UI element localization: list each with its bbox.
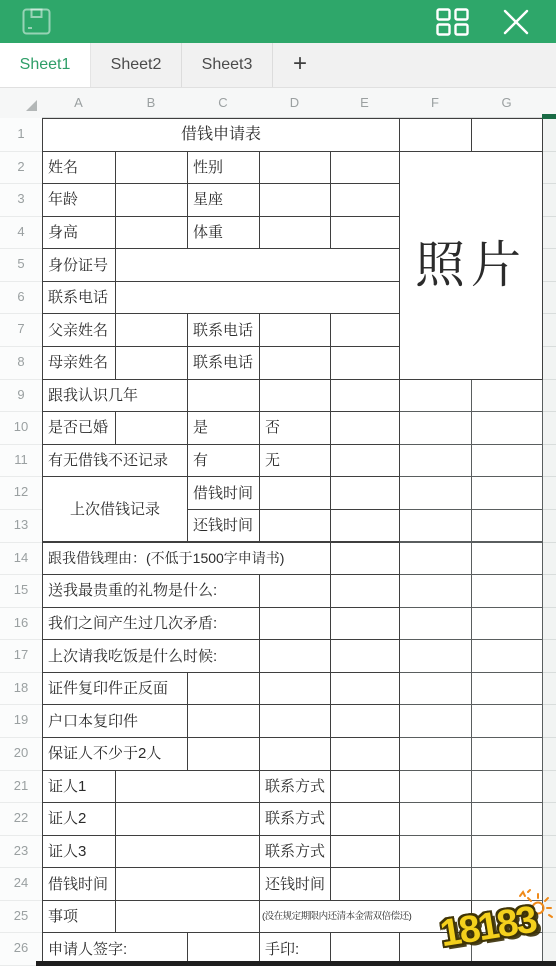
cell-C18[interactable] [187,672,260,706]
cell-E3[interactable] [330,183,400,217]
cell-G12[interactable] [471,476,543,510]
cell-B24-C24[interactable] [115,867,260,901]
cell-D22-text: 联系方式 [265,811,325,826]
cell-D4[interactable] [259,216,331,250]
sliver-gridline [542,867,556,868]
cell-E15[interactable] [330,574,400,608]
sliver-gridline [542,900,556,901]
row-header-5[interactable]: 5 [0,248,42,281]
cell-A1-E1-text: 借钱申请表 [181,127,261,143]
cell-A10-text: 是否已婚 [48,420,108,435]
column-header-F[interactable]: F [399,88,471,118]
sliver-gridline [542,607,556,608]
cell-A2-text: 姓名 [48,160,78,175]
cell-G25[interactable] [471,900,543,934]
cell-A21-text: 证人1 [48,779,86,794]
sliver-gridline [542,932,556,933]
bottom-border-line [36,961,556,966]
sliver-gridline [542,183,556,184]
cell-G24[interactable] [471,867,543,901]
cell-G21[interactable] [471,770,543,804]
sliver-gridline [542,737,556,738]
cell-A25[interactable]: 事项 [42,900,116,934]
cell-A20-B20[interactable]: 保证人不少于2人 [42,737,188,771]
cell-G18[interactable] [471,672,543,706]
sliver-gridline [542,704,556,705]
cell-D16[interactable] [259,607,331,641]
cell-F19[interactable] [399,704,472,738]
row-header-23[interactable]: 23 [0,835,42,868]
photo-cell[interactable]: 照片 [399,151,543,380]
cell-B5-E5[interactable] [115,248,400,282]
cell-A9-B9-text: 跟我认识几年 [48,388,138,403]
cell-C3[interactable]: 星座 [187,183,260,217]
cell-A22[interactable]: 证人2 [42,802,116,836]
cell-C2-text: 性别 [193,160,223,175]
row-header-3[interactable]: 3 [0,183,42,216]
spreadsheet-app-window: Sheet1 Sheet2 Sheet3 + ABCDEFG 123456789… [0,0,556,968]
cell-F18[interactable] [399,672,472,706]
cell-F24[interactable] [399,867,472,901]
cell-A17-C17-text: 上次请我吃饭是什么时候: [48,649,217,664]
row-header-25[interactable]: 25 [0,900,42,933]
row-header-11[interactable]: 11 [0,444,42,477]
cell-A10[interactable]: 是否已婚 [42,411,116,445]
row-header-24[interactable]: 24 [0,867,42,900]
tab-sheet3-label: Sheet3 [202,56,253,73]
cell-D24[interactable]: 还钱时间 [259,867,331,901]
sliver-gridline [542,346,556,347]
cell-A6-text: 联系电话 [48,290,108,305]
cell-F21[interactable] [399,770,472,804]
add-sheet-button[interactable]: + [273,43,327,87]
cell-E2[interactable] [330,151,400,185]
cell-A14-D14-text: 跟我借钱理由：(不低于1500字申请书) [48,551,284,565]
row-header-15[interactable]: 15 [0,574,42,607]
cell-A5-text: 身份证号 [48,258,108,273]
cell-A14-D14[interactable]: 跟我借钱理由：(不低于1500字申请书) [42,542,331,576]
cell-E14[interactable] [330,542,400,576]
cell-A12-B13[interactable]: 上次借钱记录 [42,476,188,542]
cell-B22-C22[interactable] [115,802,260,836]
select-all-triangle-icon [26,100,37,111]
cell-A19-B19-text: 户口本复印件 [48,714,138,729]
cell-D17[interactable] [259,639,331,673]
cell-D23[interactable]: 联系方式 [259,835,331,869]
cell-C7-text: 联系电话 [193,323,253,338]
cell-A3[interactable]: 年龄 [42,183,116,217]
cell-B21-C21[interactable] [115,770,260,804]
sliver-gridline [542,248,556,249]
column-header-A[interactable]: A [42,88,115,118]
sheets-grid-icon[interactable] [436,8,469,36]
cell-A16-C16[interactable]: 我们之间产生过几次矛盾: [42,607,260,641]
sliver-gridline [542,802,556,803]
cell-F11[interactable] [399,444,472,478]
cell-D10-text: 否 [265,420,280,435]
cell-C4-text: 体重 [193,225,223,240]
cell-C7[interactable]: 联系电话 [187,313,260,347]
row-header-19[interactable]: 19 [0,704,42,737]
cell-A23[interactable]: 证人3 [42,835,116,869]
tab-sheet3[interactable]: Sheet3 [182,43,273,87]
cell-D15[interactable] [259,574,331,608]
row-header-4[interactable]: 4 [0,216,42,249]
cell-A8[interactable]: 母亲姓名 [42,346,116,380]
cell-F22[interactable] [399,802,472,836]
cell-D3[interactable] [259,183,331,217]
cell-E21[interactable] [330,770,400,804]
cell-A4[interactable]: 身高 [42,216,116,250]
cell-E7[interactable] [330,313,400,347]
cell-D12[interactable] [259,476,331,510]
cell-A5[interactable]: 身份证号 [42,248,116,282]
cell-E11[interactable] [330,444,400,478]
sliver-gridline [542,509,556,510]
cell-D20[interactable] [259,737,331,771]
column-header-G[interactable]: G [471,88,542,118]
sliver-gridline [542,476,556,477]
sliver-gridline [542,574,556,575]
cell-A17-C17[interactable]: 上次请我吃饭是什么时候: [42,639,260,673]
cell-B4[interactable] [115,216,188,250]
cell-A18-B18[interactable]: 证件复印件正反面 [42,672,188,706]
row-header-13[interactable]: 13 [0,509,42,542]
cell-F17[interactable] [399,639,472,673]
column-header-row: ABCDEFG [0,88,556,118]
cell-C12[interactable]: 借钱时间 [187,476,260,510]
cell-G15[interactable] [471,574,543,608]
cell-B2[interactable] [115,151,188,185]
column-header-D[interactable]: D [259,88,330,118]
sliver-gridline [542,151,556,152]
cell-G22[interactable] [471,802,543,836]
cell-D13[interactable] [259,509,331,543]
photo-cell-text: 照片 [415,240,527,290]
cell-C9[interactable] [187,379,260,413]
row-header-12[interactable]: 12 [0,476,42,509]
cell-G11[interactable] [471,444,543,478]
cell-A11-B11-text: 有无借钱不还记录 [48,453,168,468]
cell-C13[interactable]: 还钱时间 [187,509,260,543]
cell-A15-C15[interactable]: 送我最贵重的礼物是什么: [42,574,260,608]
cell-F23[interactable] [399,835,472,869]
sliver-gridline [542,379,556,380]
cell-D8[interactable] [259,346,331,380]
cell-A7[interactable]: 父亲姓名 [42,313,116,347]
cell-A26-B26-text: 申请人签字: [48,942,127,957]
row-header-10[interactable]: 10 [0,411,42,444]
sheet-tabbar: Sheet1 Sheet2 Sheet3 + [0,43,556,88]
row-header-14[interactable]: 14 [0,542,42,575]
cell-D10[interactable]: 否 [259,411,331,445]
cell-A3-text: 年龄 [48,192,78,207]
tab-sheet2-label: Sheet2 [111,56,162,73]
cell-F20[interactable] [399,737,472,771]
sliver-gridline [542,672,556,673]
row-header-16[interactable]: 16 [0,607,42,640]
row-header-20[interactable]: 20 [0,737,42,770]
cell-C8-text: 联系电话 [193,355,253,370]
tab-sheet2[interactable]: Sheet2 [91,43,182,87]
sliver-gridline [542,313,556,314]
cell-G10[interactable] [471,411,543,445]
cell-E24[interactable] [330,867,400,901]
cell-F9[interactable] [399,379,472,413]
cell-D7[interactable] [259,313,331,347]
cell-G16[interactable] [471,607,543,641]
cell-G20[interactable] [471,737,543,771]
cell-D11-text: 无 [265,453,280,468]
sliver-gridline [542,444,556,445]
cell-D19[interactable] [259,704,331,738]
tab-sheet1-label: Sheet1 [20,56,71,73]
cell-G13[interactable] [471,509,543,543]
cell-A15-C15-text: 送我最贵重的礼物是什么: [48,583,217,598]
cell-G19[interactable] [471,704,543,738]
close-icon[interactable] [501,8,531,36]
cell-D11[interactable]: 无 [259,444,331,478]
cell-A24[interactable]: 借钱时间 [42,867,116,901]
cell-E23[interactable] [330,835,400,869]
cell-E12[interactable] [330,476,400,510]
cell-F1[interactable] [399,118,472,152]
titlebar [0,0,556,43]
cell-A18-B18-text: 证件复印件正反面 [48,681,168,696]
cell-A21[interactable]: 证人1 [42,770,116,804]
cell-D25-F25-text: (没在规定期限内还清本金需双倍偿还) [262,912,411,922]
selection-edge-fragment [542,114,556,119]
cell-B6-E6[interactable] [115,281,400,315]
sliver-gridline [542,542,556,543]
cell-D2[interactable] [259,151,331,185]
select-all-button[interactable] [0,88,42,118]
cell-C10-text: 是 [193,420,208,435]
cell-A1-E1[interactable]: 借钱申请表 [42,118,400,152]
cell-C3-text: 星座 [193,192,223,207]
cell-D22[interactable]: 联系方式 [259,802,331,836]
cell-A2[interactable]: 姓名 [42,151,116,185]
cell-A19-B19[interactable]: 户口本复印件 [42,704,188,738]
cell-C8[interactable]: 联系电话 [187,346,260,380]
column-header-B[interactable]: B [115,88,187,118]
cell-D23-text: 联系方式 [265,844,325,859]
row-header-1[interactable]: 1 [0,118,42,151]
cell-A8-text: 母亲姓名 [48,355,108,370]
cell-F13[interactable] [399,509,472,543]
cell-A11-B11[interactable]: 有无借钱不还记录 [42,444,188,478]
cell-G17[interactable] [471,639,543,673]
cell-D21[interactable]: 联系方式 [259,770,331,804]
cell-G1[interactable] [471,118,543,152]
cell-E16[interactable] [330,607,400,641]
row-header-21[interactable]: 21 [0,770,42,803]
cell-C11-text: 有 [193,453,208,468]
cell-D21-text: 联系方式 [265,779,325,794]
cell-A12-B13-text: 上次借钱记录 [70,502,160,517]
row-header-2[interactable]: 2 [0,151,42,184]
cell-B10[interactable] [115,411,188,445]
cell-C10[interactable]: 是 [187,411,260,445]
cell-C13-text: 还钱时间 [193,518,253,533]
cell-E22[interactable] [330,802,400,836]
cell-C4[interactable]: 体重 [187,216,260,250]
add-sheet-label: + [293,50,307,77]
row-header-22[interactable]: 22 [0,802,42,835]
cell-C2[interactable]: 性别 [187,151,260,185]
cell-C20[interactable] [187,737,260,771]
row-header-8[interactable]: 8 [0,346,42,379]
cell-E18[interactable] [330,672,400,706]
row-number-gutter: 1234567891011121314151617181920212223242… [0,118,42,965]
row-header-17[interactable]: 17 [0,639,42,672]
cell-D26-text: 手印: [265,942,299,957]
cell-D25-F25[interactable]: (没在规定期限内还清本金需双倍偿还) [259,900,472,934]
cell-E20[interactable] [330,737,400,771]
cell-F14[interactable] [399,542,472,576]
cell-D24-text: 还钱时间 [265,877,325,892]
sliver-gridline [542,770,556,771]
cell-G14[interactable] [471,542,543,576]
cell-G9[interactable] [471,379,543,413]
cell-F10[interactable] [399,411,472,445]
tab-sheet1[interactable]: Sheet1 [0,43,91,87]
cell-E8[interactable] [330,346,400,380]
sliver-gridline [542,216,556,217]
cell-F15[interactable] [399,574,472,608]
cell-C11[interactable]: 有 [187,444,260,478]
cell-F16[interactable] [399,607,472,641]
save-icon[interactable] [22,8,51,35]
cell-A25-text: 事项 [48,909,78,924]
cell-A16-C16-text: 我们之间产生过几次矛盾: [48,616,217,631]
cell-F12[interactable] [399,476,472,510]
cell-E19[interactable] [330,704,400,738]
cell-A22-text: 证人2 [48,811,86,826]
row-header-9[interactable]: 9 [0,379,42,412]
sliver-gridline [542,281,556,282]
sliver-gridline [542,639,556,640]
cell-B3[interactable] [115,183,188,217]
cell-C12-text: 借钱时间 [193,486,253,501]
column-header-C[interactable]: C [187,88,259,118]
cell-E4[interactable] [330,216,400,250]
cell-A24-text: 借钱时间 [48,877,108,892]
row-header-7[interactable]: 7 [0,313,42,346]
sliver-gridline [542,835,556,836]
column-header-E[interactable]: E [330,88,399,118]
row-header-6[interactable]: 6 [0,281,42,314]
cell-E13[interactable] [330,509,400,543]
cell-A23-text: 证人3 [48,844,86,859]
cell-B7[interactable] [115,313,188,347]
cell-B8[interactable] [115,346,188,380]
cell-G23[interactable] [471,835,543,869]
cell-E9[interactable] [330,379,400,413]
cell-A6[interactable]: 联系电话 [42,281,116,315]
cell-B25-C25[interactable] [115,900,260,934]
cell-A9-B9[interactable]: 跟我认识几年 [42,379,188,413]
sliver-gridline [542,411,556,412]
cell-E17[interactable] [330,639,400,673]
cell-A7-text: 父亲姓名 [48,323,108,338]
cell-A4-text: 身高 [48,225,78,240]
cell-D9[interactable] [259,379,331,413]
cell-A20-B20-text: 保证人不少于2人 [48,746,161,761]
cell-D18[interactable] [259,672,331,706]
cell-E10[interactable] [330,411,400,445]
cell-C19[interactable] [187,704,260,738]
cell-B23-C23[interactable] [115,835,260,869]
row-header-18[interactable]: 18 [0,672,42,705]
